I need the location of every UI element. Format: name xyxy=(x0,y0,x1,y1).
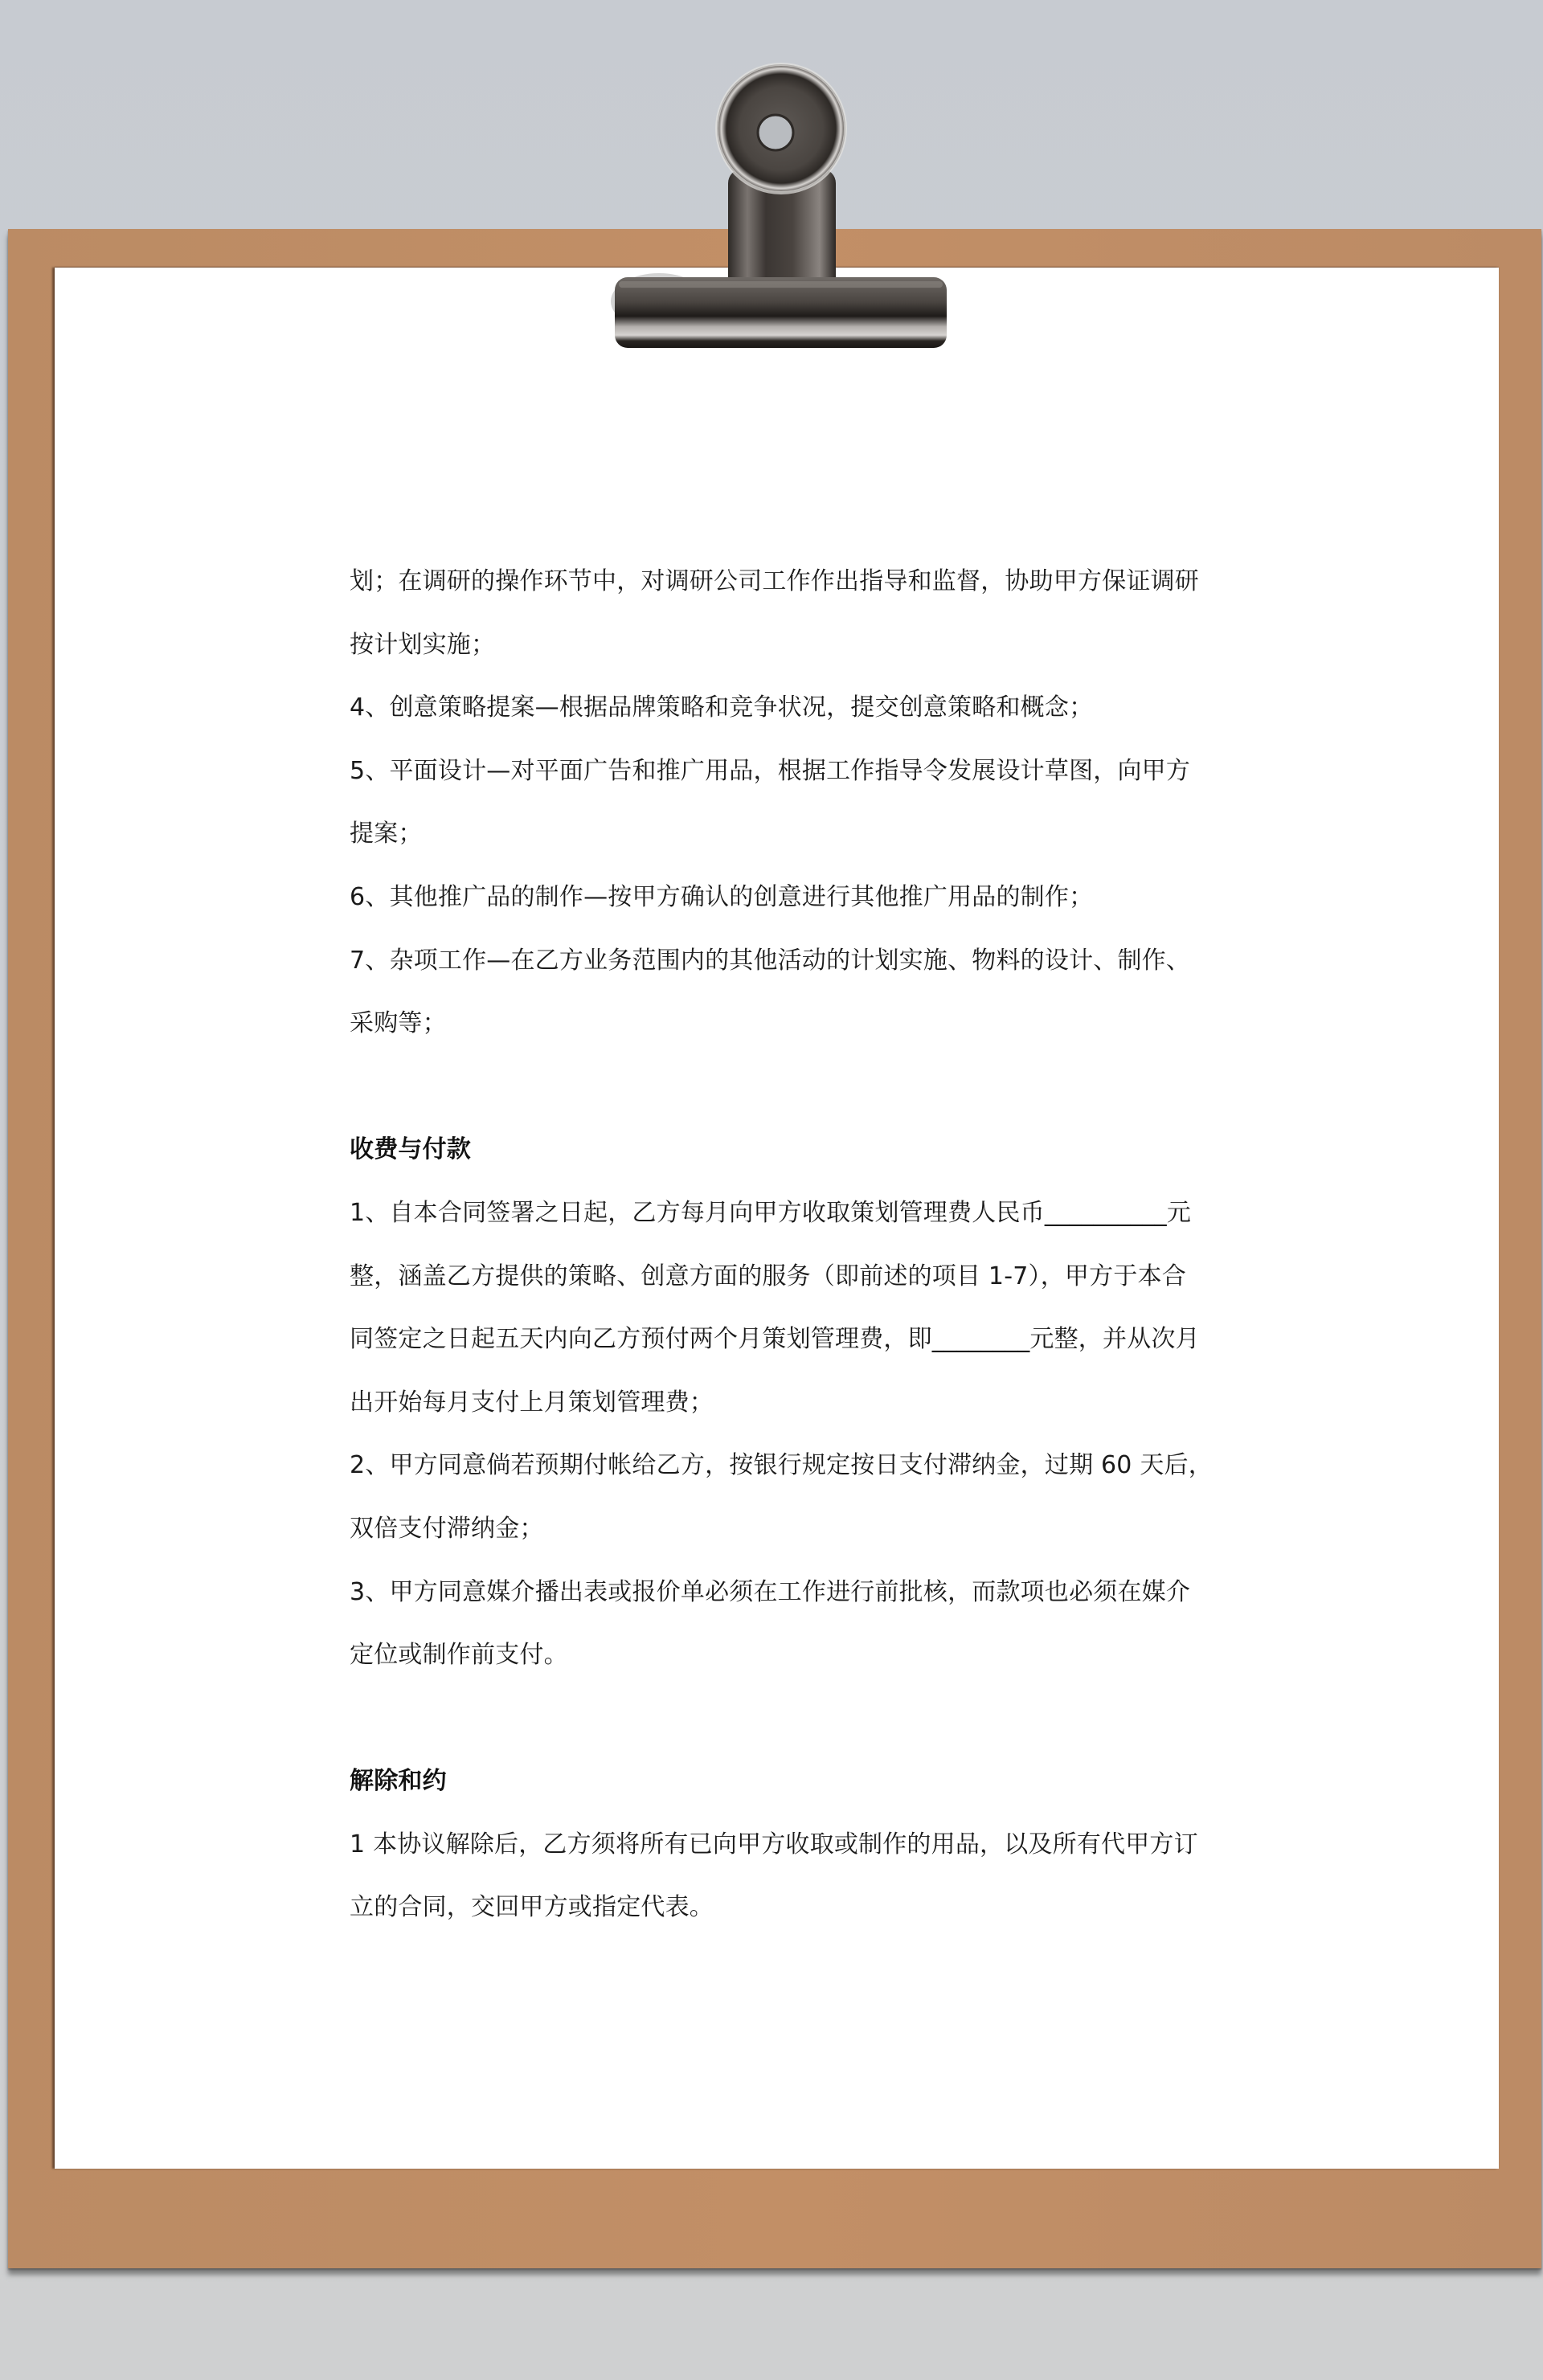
body-line: 按计划实施； xyxy=(350,614,1201,677)
bulldog-clip-icon xyxy=(563,32,980,370)
body-line: 立的合同，交回甲方或指定代表。 xyxy=(350,1876,1201,1940)
body-line: 提案； xyxy=(350,803,1201,866)
section-heading: 解除和约 xyxy=(350,1750,1201,1814)
body-line: 3、甲方同意媒介播出表或报价单必须在工作进行前批核，而款项也必须在媒介 xyxy=(350,1561,1201,1625)
body-line: 5、平面设计—对平面广告和推广用品，根据工作指导令发展设计草图，向甲方 xyxy=(350,740,1201,804)
body-line: 划；在调研的操作环节中，对调研公司工作作出指导和监督，协助甲方保证调研 xyxy=(350,550,1201,614)
body-line: 2、甲方同意倘若预期付帐给乙方，按银行规定按日支付滞纳金，过期 60 天后， xyxy=(350,1434,1201,1498)
body-line: 整，涵盖乙方提供的策略、创意方面的服务（即前述的项目 1-7），甲方于本合 xyxy=(350,1245,1201,1309)
section-termination: 解除和约 1 本协议解除后，乙方须将所有已向甲方收取或制作的用品，以及所有代甲方… xyxy=(350,1750,1201,1940)
document-body: 划；在调研的操作环节中，对调研公司工作作出指导和监督，协助甲方保证调研 按计划实… xyxy=(350,550,1201,1940)
service-items: 划；在调研的操作环节中，对调研公司工作作出指导和监督，协助甲方保证调研 按计划实… xyxy=(350,550,1201,1056)
body-line: 4、创意策略提案—根据品牌策略和竞争状况，提交创意策略和概念； xyxy=(350,677,1201,740)
body-line: 6、其他推广品的制作—按甲方确认的创意进行其他推广用品的制作； xyxy=(350,866,1201,930)
body-line: 同签定之日起五天内向乙方预付两个月策划管理费，即________元整，并从次月 xyxy=(350,1308,1201,1372)
body-line: 7、杂项工作—在乙方业务范围内的其他活动的计划实施、物料的设计、制作、 xyxy=(350,930,1201,993)
spacer xyxy=(350,1056,1201,1119)
body-line: 出开始每月支付上月策划管理费； xyxy=(350,1372,1201,1435)
section-fees-payment: 收费与付款 1、自本合同签署之日起，乙方每月向甲方收取策划管理费人民币_____… xyxy=(350,1118,1201,1687)
section-heading: 收费与付款 xyxy=(350,1118,1201,1182)
body-line: 定位或制作前支付。 xyxy=(350,1624,1201,1687)
spacer xyxy=(350,1687,1201,1751)
body-line: 1、自本合同签署之日起，乙方每月向甲方收取策划管理费人民币__________元 xyxy=(350,1182,1201,1245)
body-line: 1 本协议解除后，乙方须将所有已向甲方收取或制作的用品，以及所有代甲方订 xyxy=(350,1814,1201,1877)
body-line: 采购等； xyxy=(350,992,1201,1056)
body-line: 双倍支付滞纳金； xyxy=(350,1498,1201,1561)
